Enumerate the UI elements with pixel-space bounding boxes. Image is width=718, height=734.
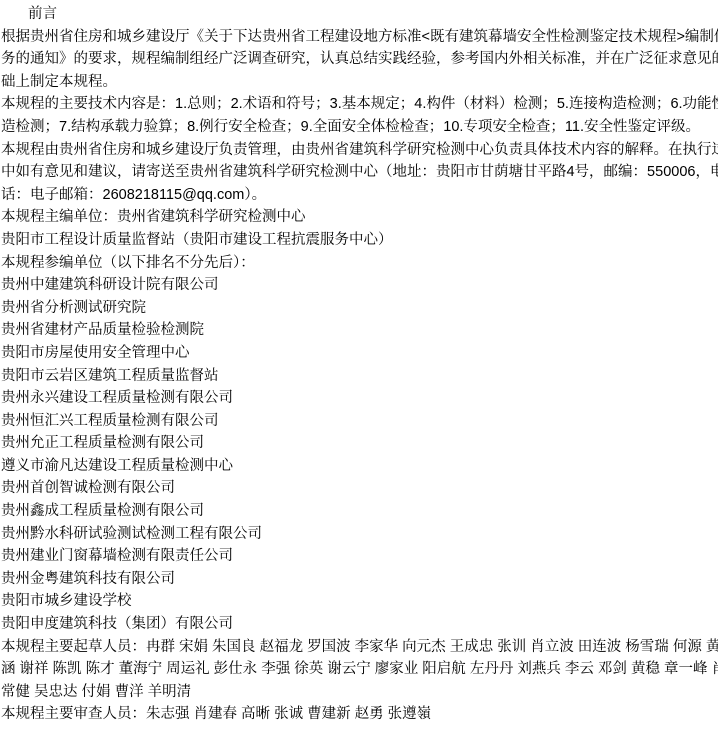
participating-unit-item: 贵阳市城乡建设学校 [0,590,718,613]
paragraph-basis-line-3: 础上制定本规程。 [0,71,718,94]
drafters-line-2: 涵 谢祥 陈凯 陈才 董海宁 周运礼 彭仕永 李强 徐英 谢云宁 廖家业 阳启航… [0,658,718,681]
participating-unit-item: 贵州省建材产品质量检验检测院 [0,319,718,342]
paragraph-management-line-2: 中如有意见和建议，请寄送至贵州省建筑科学研究检测中心（地址：贵阳市甘荫塘甘平路4… [0,161,718,184]
participating-unit-item: 贵州中建建筑科研设计院有限公司 [0,274,718,297]
participating-unit-item: 贵州黔水科研试验测试检测工程有限公司 [0,523,718,546]
participating-unit-item: 贵州永兴建设工程质量检测有限公司 [0,387,718,410]
participating-unit-item: 贵阳市房屋使用安全管理中心 [0,342,718,365]
participating-unit-item: 贵州建业门窗幕墙检测有限责任公司 [0,545,718,568]
participating-unit-item: 贵州恒汇兴工程质量检测有限公司 [0,410,718,433]
participating-unit-item: 遵义市渝凡达建设工程质量检测中心 [0,455,718,478]
participating-unit-item: 贵州首创智诚检测有限公司 [0,477,718,500]
drafters-line-3: 常健 吴忠达 付娟 曹洋 羊明清 [0,681,718,704]
paragraph-management-line-3: 话：电子邮箱：2608218115@qq.com）。 [0,184,718,207]
document-heading: 前言 [0,3,718,26]
chief-editor-unit-line-2: 贵阳市工程设计质量监督站（贵阳市建设工程抗震服务中心） [0,229,718,252]
chief-editor-unit-line: 本规程主编单位：贵州省建筑科学研究检测中心 [0,206,718,229]
drafters-line-1: 本规程主要起草人员：冉群 宋娟 朱国良 赵福龙 罗国波 李家华 向元杰 王成忠 … [0,636,718,659]
participating-unit-item: 贵州金粤建筑科技有限公司 [0,568,718,591]
participating-unit-item: 贵州鑫成工程质量检测有限公司 [0,500,718,523]
paragraph-contents-line-1: 本规程的主要技术内容是：1.总则；2.术语和符号；3.基本规定；4.构件（材料）… [0,93,718,116]
document-page: 前言 根据贵州省住房和城乡建设厅《关于下达贵州省工程建设地方标准<既有建筑幕墙安… [0,0,718,734]
participating-unit-item: 贵州允正工程质量检测有限公司 [0,432,718,455]
participating-units-label: 本规程参编单位（以下排名不分先后）： [0,252,718,275]
paragraph-basis-line-1: 根据贵州省住房和城乡建设厅《关于下达贵州省工程建设地方标准<既有建筑幕墙安全性检… [0,26,718,49]
reviewers-line: 本规程主要审查人员：朱志强 肖建春 高晰 张诚 曹建新 赵勇 张遵嶺 [0,703,718,726]
participating-unit-item: 贵阳申度建筑科技（集团）有限公司 [0,613,718,636]
participating-unit-item: 贵阳市云岩区建筑工程质量监督站 [0,365,718,388]
paragraph-management-line-1: 本规程由贵州省住房和城乡建设厅负责管理，由贵州省建筑科学研究检测中心负责具体技术… [0,139,718,162]
paragraph-basis-line-2: 务的通知》的要求，规程编制组经广泛调查研究，认真总结实践经验，参考国内外相关标准… [0,48,718,71]
participating-unit-item: 贵州省分析测试研究院 [0,297,718,320]
paragraph-contents-line-2: 造检测；7.结构承载力验算；8.例行安全检查；9.全面安全体检检查；10.专项安… [0,116,718,139]
